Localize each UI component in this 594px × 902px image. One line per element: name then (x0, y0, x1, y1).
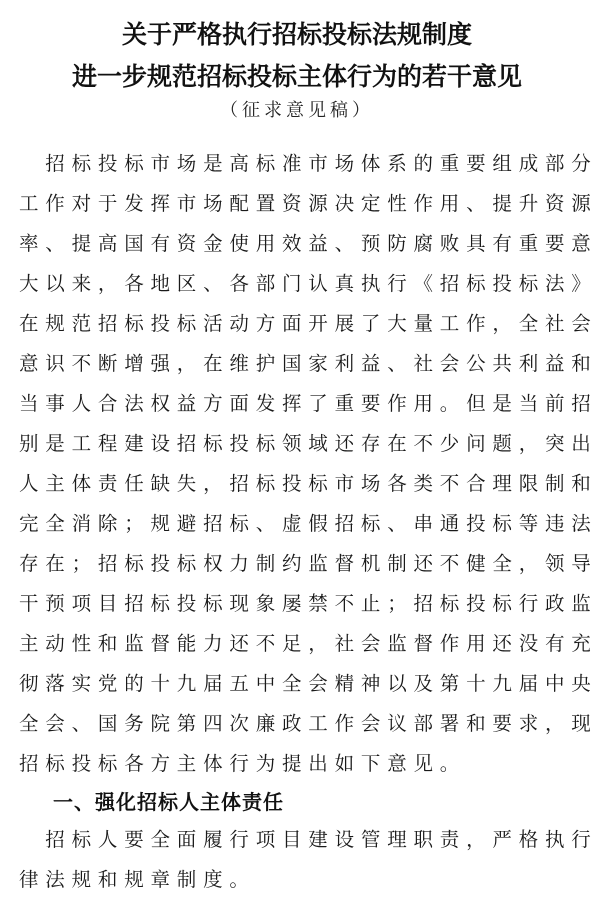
paragraph-line: 主动性和监督能力还不足，社会监督作用还没有充分发挥。为贯 (19, 630, 579, 658)
section-heading: 一、强化招标人主体责任 (53, 786, 284, 815)
document-subtitle: （征求意见稿） (0, 96, 594, 122)
paragraph-line: 意识不断增强，在维护国家利益、社会公共利益和招标投标活动 (19, 350, 579, 378)
paragraph-line: 大以来，各地区、各部门认真执行《招标投标法》及其实施条例， (19, 270, 579, 298)
paragraph-line: 律法规和规章制度。 (19, 866, 579, 894)
paragraph-line: 存在；招标投标权力制约监督机制还不健全，领导干部违规插手 (19, 550, 579, 578)
paragraph-line: 彻落实党的十九届五中全会精神以及第十九届中央纪委第五次 (19, 670, 579, 698)
paragraph-line: 当事人合法权益方面发挥了重要作用。但是当前招标投标市场特 (19, 390, 579, 418)
paragraph-line: 招标人要全面履行项目建设管理职责，严格执行招标投标法 (19, 826, 579, 854)
paragraph-line: 招标投标各方主体行为提出如下意见。 (19, 750, 579, 778)
paragraph-line: 在规范招标投标活动方面开展了大量工作，全社会依法招标投标 (19, 310, 579, 338)
paragraph-line: 全会、国务院第四次廉政工作会议部署和要求，现就进一步规范 (19, 710, 579, 738)
paragraph-line: 工作对于发挥市场配置资源决定性作用、提升资源配置质量和效 (19, 190, 579, 218)
paragraph-line: 招标投标市场是高标准市场体系的重要组成部分，招标投标 (19, 150, 579, 178)
paragraph-line: 完全消除；规避招标、虚假招标、串通投标等违法违规情况仍然 (19, 510, 579, 538)
document-title-line-2: 进一步规范招标投标主体行为的若干意见 (0, 57, 594, 93)
paragraph-line: 率、提高国有资金使用效益、预防腐败具有重要意义。党的十八 (19, 230, 579, 258)
paragraph-line: 别是工程建设招标投标领域还存在不少问题，突出表现在：招标 (19, 430, 579, 458)
document-title-line-1: 关于严格执行招标投标法规制度 (0, 15, 594, 51)
paragraph-line: 干预项目招标投标现象屡禁不止；招标投标行政监督的及时性、 (19, 590, 579, 618)
paragraph-line: 人主体责任缺失，招标投标市场各类不合理限制和市场壁垒还未 (19, 470, 579, 498)
